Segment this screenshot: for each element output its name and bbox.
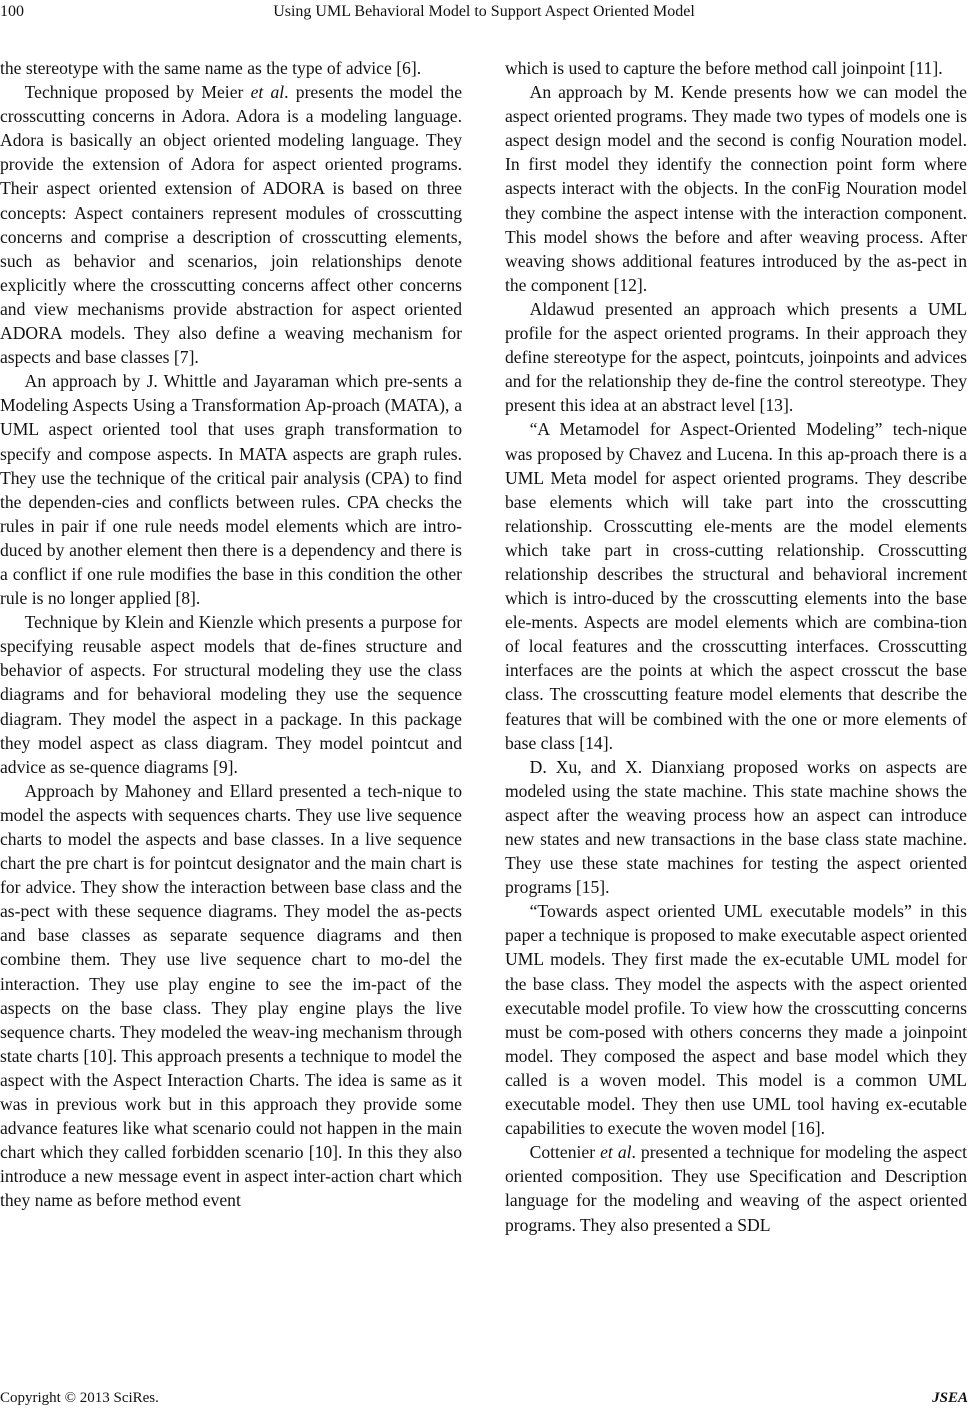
paragraph-text: “A Metamodel for Aspect-Oriented Modelin… bbox=[505, 419, 967, 752]
paragraph: “Towards aspect oriented UML executable … bbox=[505, 899, 967, 1140]
italic-text: et al bbox=[600, 1142, 631, 1162]
paragraph-text: which is used to capture the before meth… bbox=[505, 58, 943, 78]
paragraph: An approach by M. Kende presents how we … bbox=[505, 80, 967, 297]
paragraph-text: “Towards aspect oriented UML executable … bbox=[505, 901, 967, 1138]
paragraph: the stereotype with the same name as the… bbox=[0, 56, 462, 80]
paragraph-text: the stereotype with the same name as the… bbox=[0, 58, 421, 78]
running-footer: Copyright © 2013 SciRes. JSEA bbox=[0, 1388, 968, 1410]
paragraph-text: Technique by Klein and Kienzle which pre… bbox=[0, 612, 462, 777]
copyright-notice: Copyright © 2013 SciRes. bbox=[0, 1388, 159, 1408]
paragraph-text: Aldawud presented an approach which pres… bbox=[505, 299, 967, 415]
running-title: Using UML Behavioral Model to Support As… bbox=[0, 0, 968, 24]
paragraph-text: An approach by M. Kende presents how we … bbox=[505, 82, 967, 295]
paragraph-text: D. Xu, and X. Dianxiang proposed works o… bbox=[505, 757, 967, 897]
paragraph-text: Technique proposed by Meier bbox=[25, 82, 251, 102]
right-column: which is used to capture the before meth… bbox=[505, 56, 967, 1237]
paragraph: Aldawud presented an approach which pres… bbox=[505, 297, 967, 417]
paragraph-text: . presents the model the crosscutting co… bbox=[0, 82, 462, 367]
paragraph: Technique by Klein and Kienzle which pre… bbox=[0, 610, 462, 779]
paragraph: Cottenier et al. presented a technique f… bbox=[505, 1140, 967, 1236]
running-header: 100 Using UML Behavioral Model to Suppor… bbox=[0, 0, 968, 30]
paragraph: which is used to capture the before meth… bbox=[505, 56, 967, 80]
paragraph: “A Metamodel for Aspect-Oriented Modelin… bbox=[505, 417, 967, 754]
italic-text: et al bbox=[251, 82, 285, 102]
paragraph-text: An approach by J. Whittle and Jayaraman … bbox=[0, 371, 462, 608]
paragraph-text: Cottenier bbox=[530, 1142, 600, 1162]
paragraph: Approach by Mahoney and Ellard presented… bbox=[0, 779, 462, 1213]
paragraph: An approach by J. Whittle and Jayaraman … bbox=[0, 369, 462, 610]
paragraph: D. Xu, and X. Dianxiang proposed works o… bbox=[505, 755, 967, 900]
journal-abbreviation: JSEA bbox=[932, 1388, 968, 1408]
paragraph-text: Approach by Mahoney and Ellard presented… bbox=[0, 781, 462, 1211]
left-column: the stereotype with the same name as the… bbox=[0, 56, 462, 1213]
paragraph: Technique proposed by Meier et al. prese… bbox=[0, 80, 462, 369]
